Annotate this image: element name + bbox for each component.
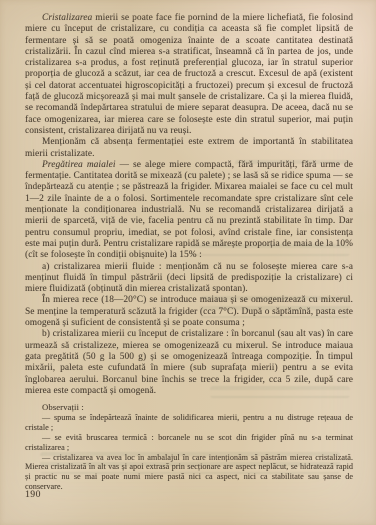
paragraph-starter-preparation: Pregătirea maialei — se alege miere comp…	[25, 160, 353, 262]
paragraph-crystallization-intro: Cristalizarea mierii se poate face fie p…	[25, 13, 353, 137]
paragraph-item-a-fluid-honey: a) cristalizarea mierii fluide : mențion…	[25, 262, 353, 296]
paragraph-item-b-started-crystallization: b) cristalizarea mierii cu început de cr…	[25, 329, 353, 397]
scanned-book-page: Cristalizarea mierii se poate face fie p…	[0, 0, 376, 525]
paragraph-lead-italic: Pregătirea maialei	[42, 160, 116, 170]
paragraph-cold-honey-method: În mierea rece (18—20°C) se introduce ma…	[25, 295, 353, 329]
observation-item: — se evită bruscarea termică : borcanele…	[25, 433, 353, 453]
paragraph-text: mierii se poate face fie pornind de la m…	[25, 13, 353, 136]
observation-item: — spuma se îndepărtează înainte de solid…	[25, 413, 353, 433]
paragraph-fermentation-note: Menționăm că absența fermentației este e…	[25, 137, 353, 160]
observations-heading: Observații :	[25, 402, 353, 413]
text-column: Cristalizarea mierii se poate face fie p…	[25, 13, 353, 492]
observation-item: — cristalizarea va avea loc în ambalajul…	[25, 453, 353, 492]
paragraph-lead-italic: Cristalizarea	[42, 13, 92, 23]
paragraph-text: — se alege miere compactă, fără impurită…	[25, 160, 353, 260]
page-number: 190	[25, 489, 41, 500]
